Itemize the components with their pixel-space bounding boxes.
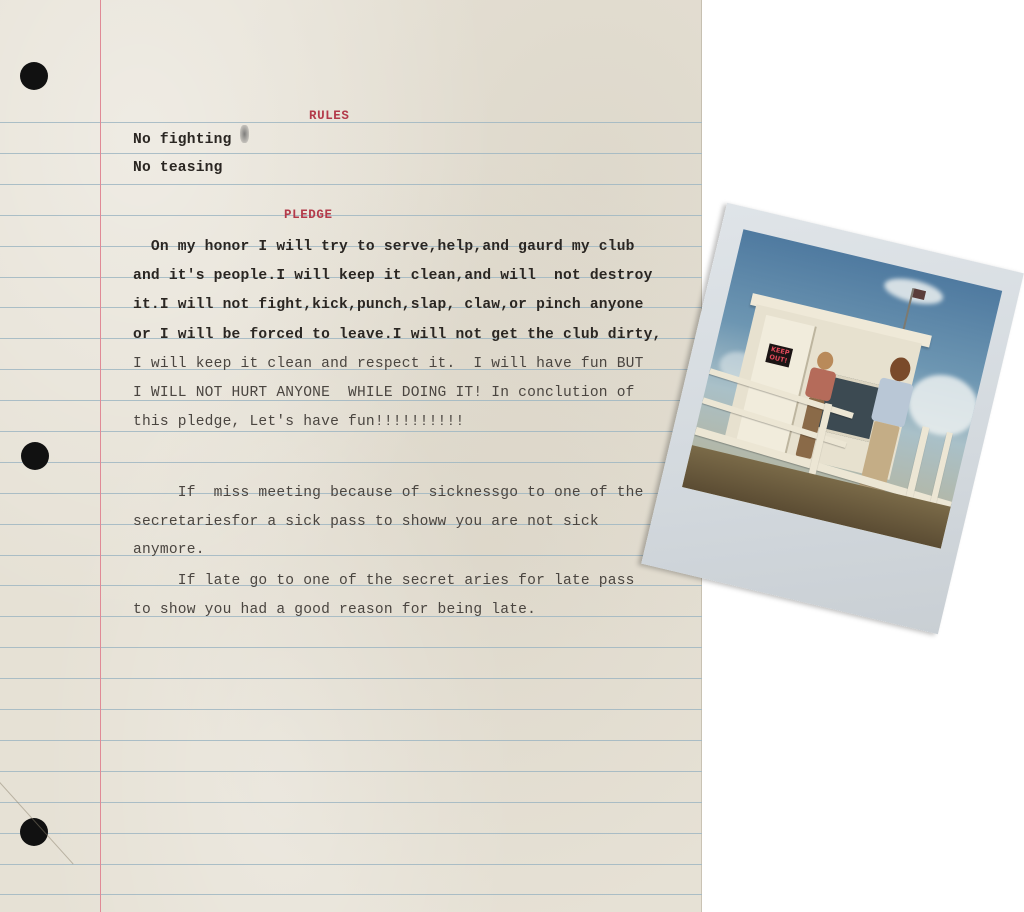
lined-paper-page: RULES No fighting No teasing PLEDGE On m… — [0, 0, 702, 912]
rule-item: No fighting — [133, 133, 232, 148]
ruled-line — [0, 678, 702, 679]
ruled-line — [0, 122, 702, 123]
sick-policy-line: secretariesfor a sick pass to showw you … — [133, 515, 599, 530]
ruled-line — [0, 740, 702, 741]
pledge-line: it.I will not fight,kick,punch,slap, cla… — [133, 298, 644, 313]
ruled-line — [0, 771, 702, 772]
pledge-line: this pledge, Let's have fun!!!!!!!!!! — [133, 415, 464, 430]
ruled-line — [0, 184, 702, 185]
ruled-line — [0, 462, 702, 463]
pledge-heading: PLEDGE — [284, 209, 333, 222]
punch-hole-top — [20, 62, 48, 90]
margin-line — [100, 0, 101, 912]
late-policy-line: to show you had a good reason for being … — [133, 603, 536, 618]
ink-smudge — [240, 125, 249, 143]
deck-post — [930, 432, 953, 506]
pledge-line: I WILL NOT HURT ANYONE WHILE DOING IT! I… — [133, 386, 635, 401]
punch-hole-middle — [21, 442, 49, 470]
deck-post — [905, 426, 929, 501]
pledge-line: or I will be forced to leave.I will not … — [133, 328, 662, 343]
corner-fold-crease — [0, 782, 74, 864]
cloud — [902, 368, 984, 443]
rule-item: No teasing — [133, 161, 223, 176]
ruled-line — [0, 153, 702, 154]
ruled-line — [0, 647, 702, 648]
ruled-line — [0, 709, 702, 710]
pledge-line: and it's people.I will keep it clean,and… — [133, 269, 653, 284]
ruled-line — [0, 215, 702, 216]
ruled-line — [0, 864, 702, 865]
late-policy-line: If late go to one of the secret aries fo… — [133, 574, 635, 589]
pledge-line: On my honor I will try to serve,help,and… — [133, 240, 635, 255]
ruled-line — [0, 555, 702, 556]
ruled-line — [0, 802, 702, 803]
ruled-line — [0, 431, 702, 432]
ruled-line — [0, 833, 702, 834]
sick-policy-line: If miss meeting because of sicknessgo to… — [133, 486, 644, 501]
photo-image: KEEP OUT! — [682, 229, 1002, 548]
sick-policy-line: anymore. — [133, 543, 205, 558]
pledge-line: I will keep it clean and respect it. I w… — [133, 357, 644, 372]
ruled-line — [0, 894, 702, 895]
rules-heading: RULES — [309, 110, 350, 123]
